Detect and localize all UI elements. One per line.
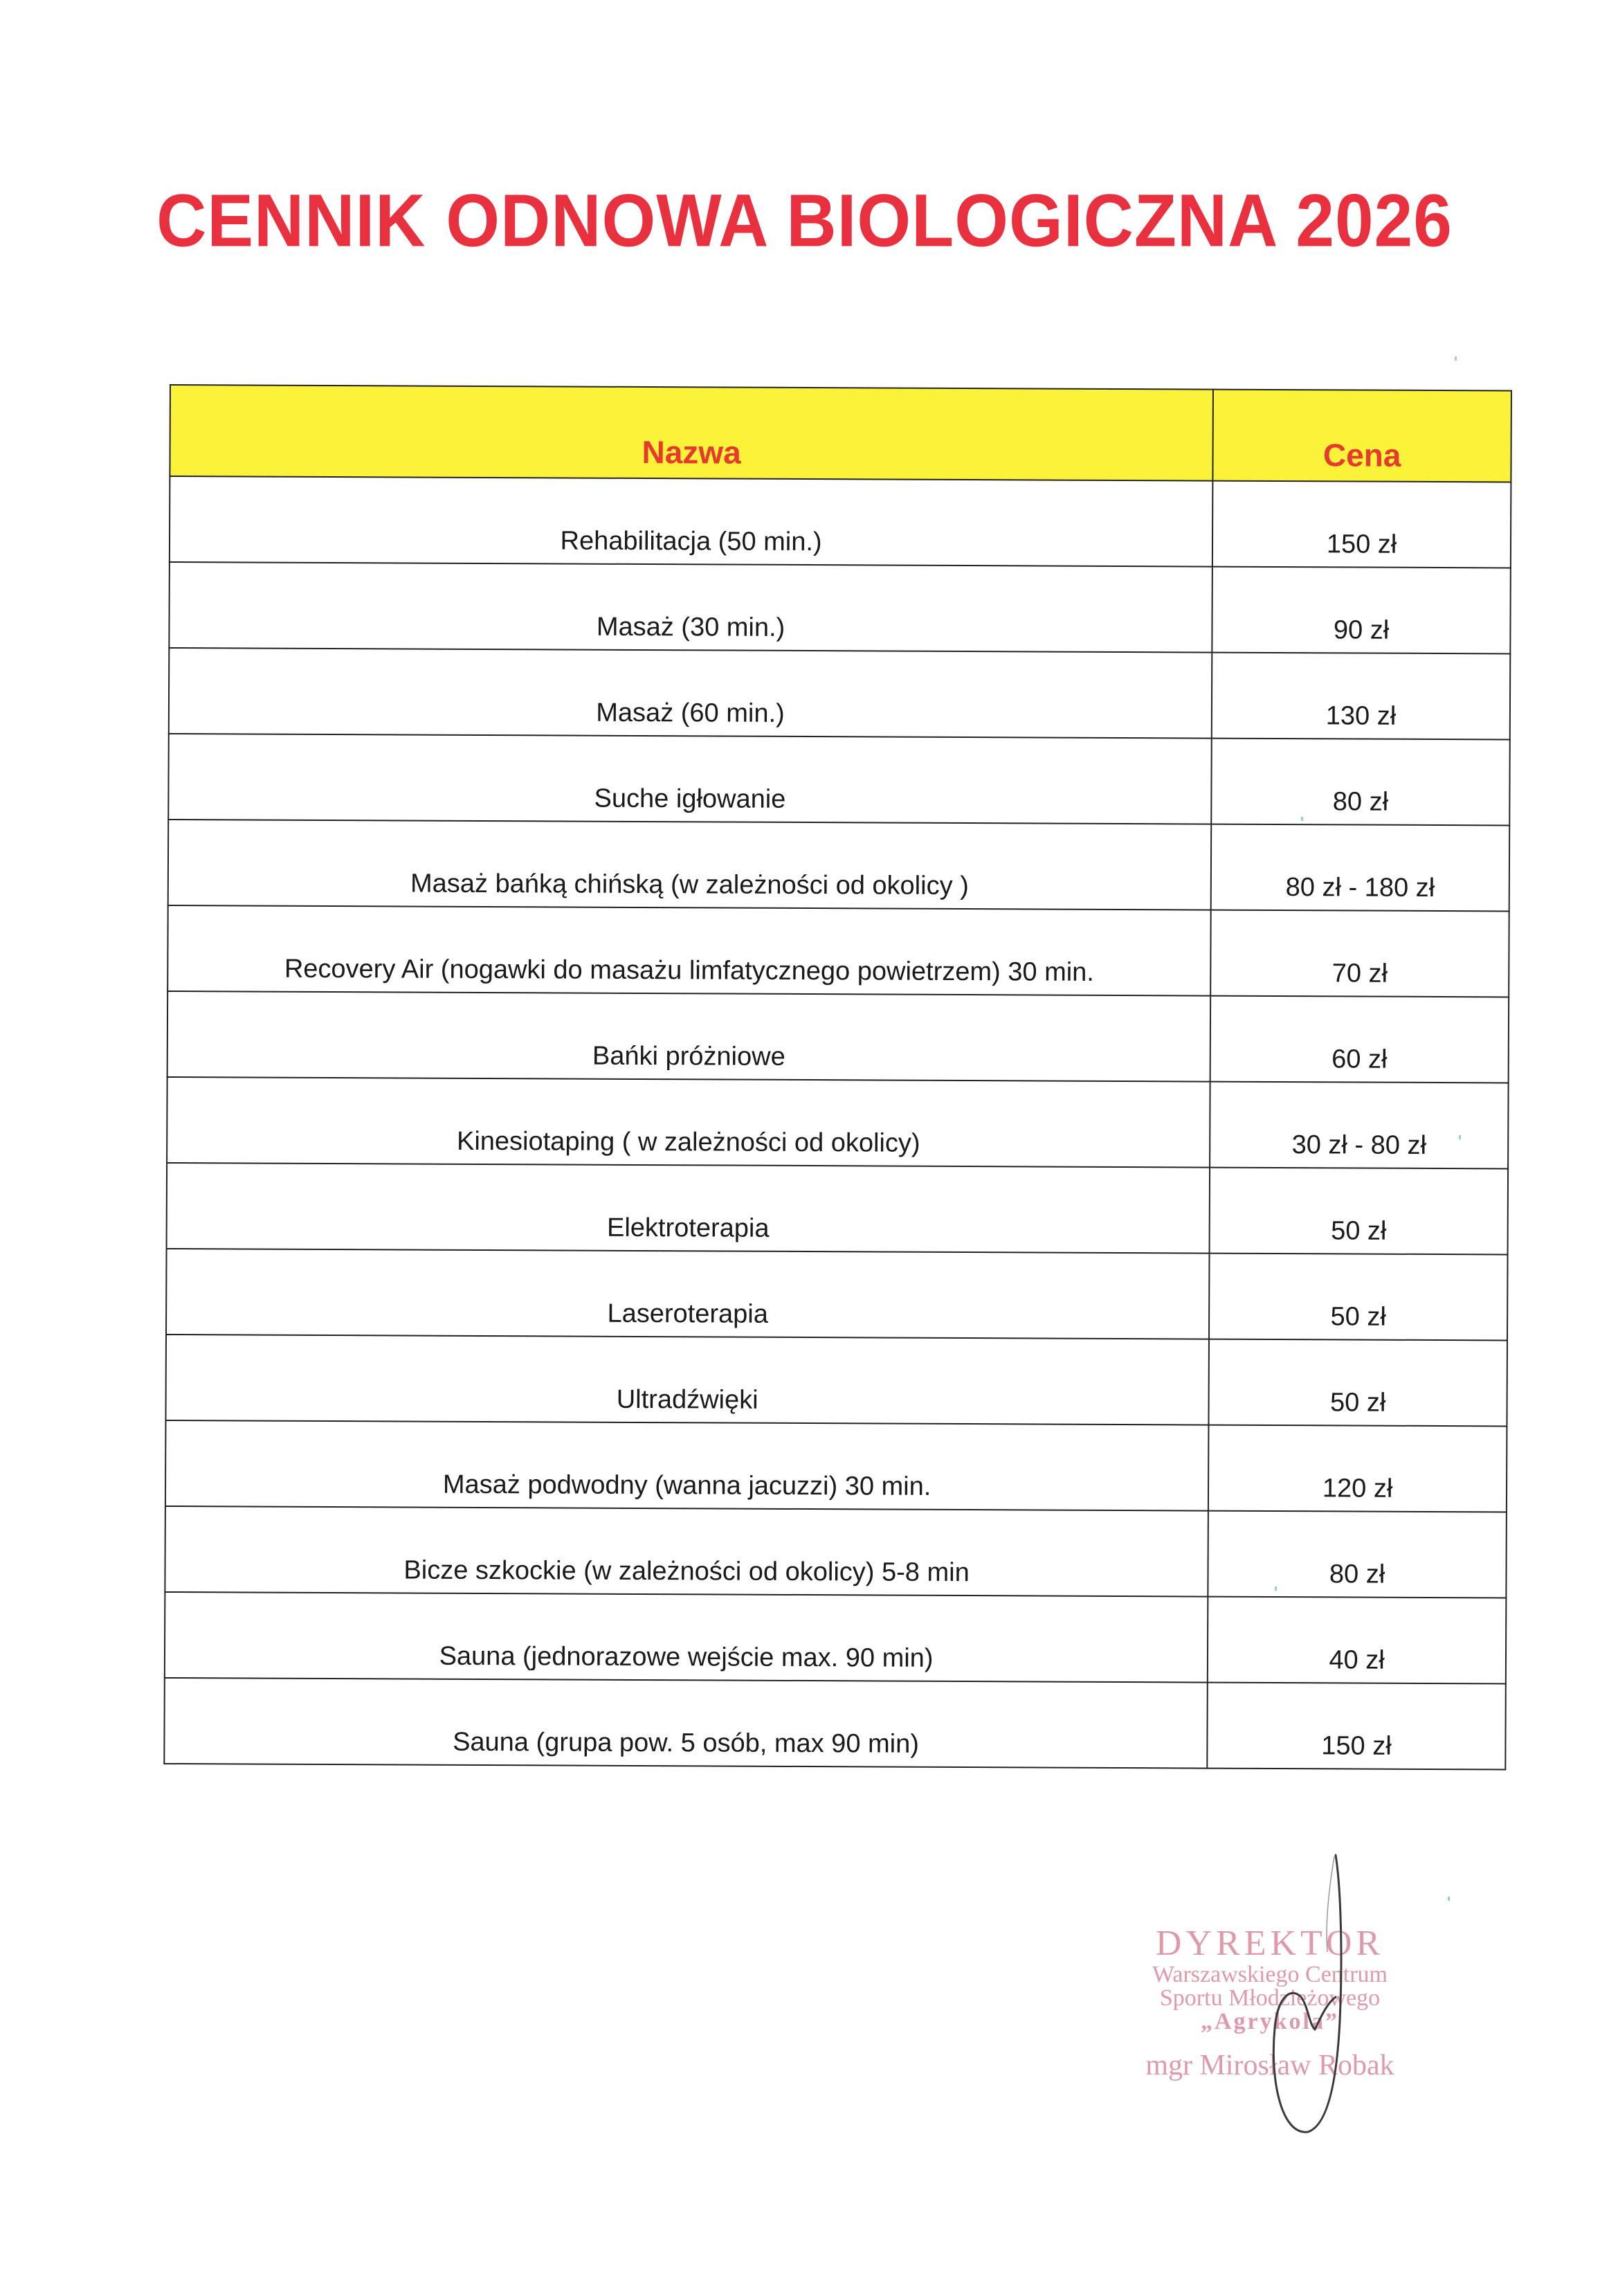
table-row: Bańki próżniowe60 zł <box>167 991 1509 1083</box>
handwritten-signature <box>1232 1848 1370 2139</box>
service-name-cell: Rehabilitacja (50 min.) <box>170 476 1213 567</box>
table-row: Ultradźwięki50 zł <box>165 1335 1507 1426</box>
table-row: Masaż bańką chińską (w zależności od oko… <box>168 820 1510 911</box>
service-name-cell: Masaż podwodny (wanna jacuzzi) 30 min. <box>165 1420 1209 1511</box>
page-title: CENNIK ODNOWA BIOLOGICZNA 2026 <box>0 178 1609 264</box>
service-price-cell: 150 zł <box>1212 481 1511 568</box>
table-row: Masaż podwodny (wanna jacuzzi) 30 min.12… <box>165 1420 1507 1512</box>
table-row: Masaż (60 min.)130 zł <box>169 648 1511 739</box>
service-price-cell: 130 zł <box>1212 653 1510 740</box>
table-row: Recovery Air (nogawki do masażu limfatyc… <box>167 905 1509 997</box>
service-name-cell: Masaż (30 min.) <box>169 562 1212 653</box>
table-row: Elektroterapia50 zł <box>167 1163 1509 1254</box>
table-row: Kinesiotaping ( w zależności od okolicy)… <box>167 1077 1509 1168</box>
service-name-cell: Bańki próżniowe <box>167 991 1211 1082</box>
table-row: Bicze szkockie (w zależności od okolicy)… <box>165 1506 1507 1598</box>
service-name-cell: Sauna (jednorazowe wejście max. 90 min) <box>165 1592 1208 1683</box>
service-price-cell: 90 zł <box>1212 567 1511 654</box>
service-price-cell: 80 zł - 180 zł <box>1211 824 1509 912</box>
column-header-name: Nazwa <box>170 385 1213 481</box>
service-name-cell: Elektroterapia <box>167 1163 1210 1254</box>
table-row: Sauna (grupa pow. 5 osób, max 90 min)150… <box>164 1678 1506 1769</box>
table-row: Rehabilitacja (50 min.)150 zł <box>170 476 1511 568</box>
table-body: Rehabilitacja (50 min.)150 złMasaż (30 m… <box>164 476 1511 1769</box>
service-price-cell: 50 zł <box>1209 1339 1507 1427</box>
service-price-cell: 30 zł - 80 zł <box>1210 1082 1508 1169</box>
service-name-cell: Recovery Air (nogawki do masażu limfatyc… <box>167 905 1211 996</box>
service-price-cell: 80 zł <box>1211 739 1509 826</box>
scan-artifact <box>1448 1897 1450 1901</box>
service-price-cell: 40 zł <box>1208 1597 1506 1684</box>
table-row: Sauna (jednorazowe wejście max. 90 min)4… <box>165 1592 1507 1683</box>
service-price-cell: 50 zł <box>1209 1254 1507 1341</box>
service-name-cell: Laseroterapia <box>166 1249 1210 1339</box>
column-header-price: Cena <box>1213 390 1511 482</box>
service-price-cell: 60 zł <box>1210 996 1509 1083</box>
price-list-table: Nazwa Cena Rehabilitacja (50 min.)150 zł… <box>163 384 1512 1770</box>
scan-artifact <box>1459 1135 1461 1139</box>
scan-artifact <box>1275 1587 1277 1591</box>
scan-artifact <box>1301 817 1303 821</box>
service-price-cell: 50 zł <box>1210 1168 1508 1255</box>
scan-artifact <box>1455 356 1457 361</box>
table-row: Suche igłowanie80 zł <box>168 734 1510 825</box>
service-name-cell: Suche igłowanie <box>168 734 1212 824</box>
service-name-cell: Bicze szkockie (w zależności od okolicy)… <box>165 1506 1208 1597</box>
table-row: Masaż (30 min.)90 zł <box>169 562 1511 653</box>
service-name-cell: Masaż bańką chińską (w zależności od oko… <box>168 820 1212 910</box>
table-header-row: Nazwa Cena <box>170 385 1511 482</box>
service-price-cell: 120 zł <box>1208 1425 1507 1512</box>
service-name-cell: Masaż (60 min.) <box>169 648 1212 739</box>
service-name-cell: Sauna (grupa pow. 5 osób, max 90 min) <box>164 1678 1208 1769</box>
service-price-cell: 150 zł <box>1207 1683 1505 1770</box>
service-price-cell: 70 zł <box>1210 910 1509 997</box>
service-price-cell: 80 zł <box>1208 1511 1507 1598</box>
table-row: Laseroterapia50 zł <box>166 1249 1508 1340</box>
service-name-cell: Kinesiotaping ( w zależności od okolicy) <box>167 1077 1210 1168</box>
service-name-cell: Ultradźwięki <box>165 1335 1209 1425</box>
